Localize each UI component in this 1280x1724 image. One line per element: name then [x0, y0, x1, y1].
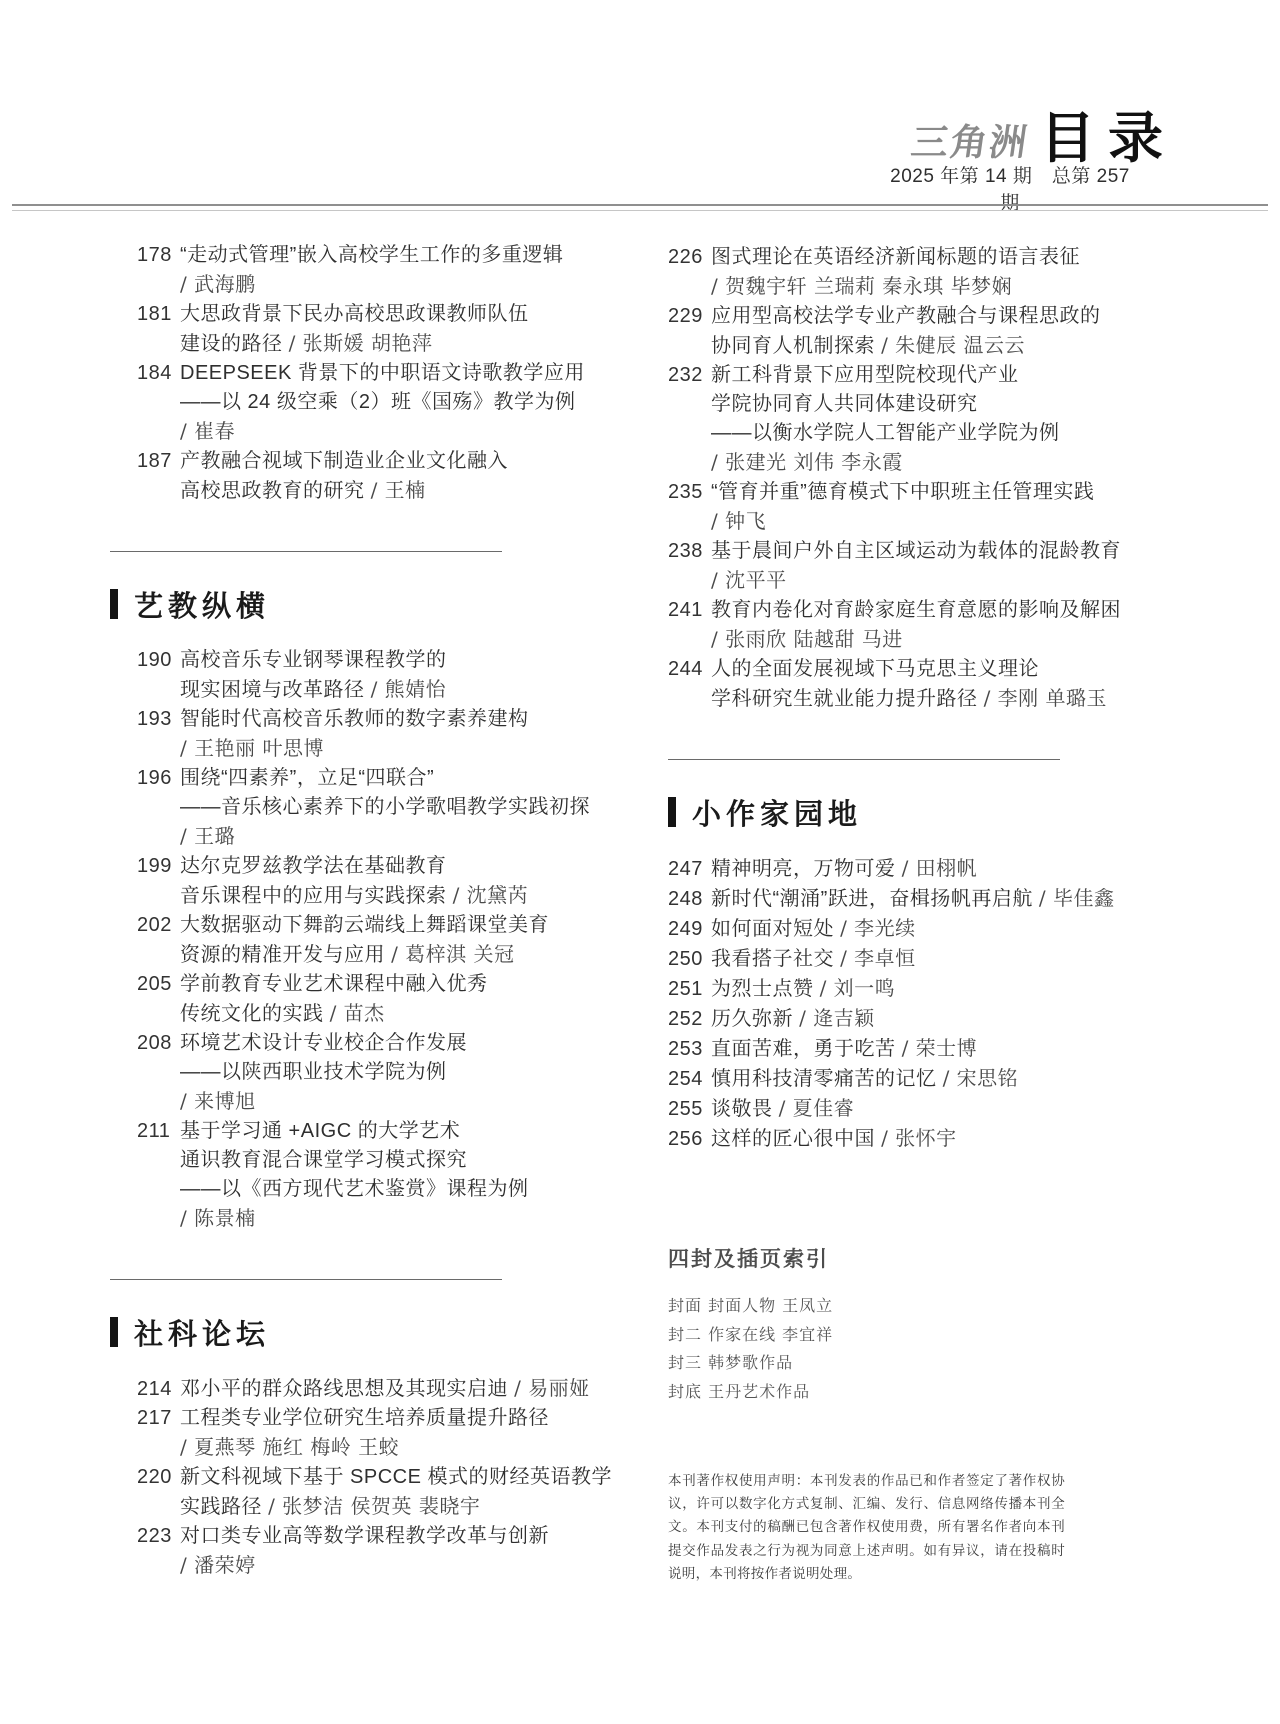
item-page-number: 255 [668, 1095, 711, 1124]
item-page-number: 251 [668, 975, 711, 1004]
item-page-number: 211 [137, 1117, 180, 1146]
item-page-number: 253 [668, 1035, 711, 1064]
header-rule-top [12, 204, 1268, 206]
item-authors: / 王艳丽 叶思博 [180, 736, 324, 760]
item-line: / 潘荣婷 [110, 1551, 550, 1581]
item-authors: / 潘荣婷 [180, 1553, 256, 1577]
item-page-number: 235 [668, 478, 711, 507]
toc-item: 208环境艺术设计专业校企合作发展——以陕西职业技术学院为例/ 来博旭 [110, 1029, 550, 1117]
item-title-text: 建设的路径 [180, 333, 289, 355]
toc-item: 238基于晨间户外自主区域运动为载体的混龄教育/ 沈平平 [668, 537, 1068, 596]
item-page-number: 220 [137, 1463, 180, 1492]
item-line: 建设的路径 / 张斯媛 胡艳萍 [110, 329, 550, 359]
item-authors: / 张雨欣 陆越甜 马进 [711, 627, 903, 651]
item-line: / 崔春 [110, 417, 550, 447]
item-authors: / 张梦洁 侯贺英 裴晓宇 [268, 1494, 480, 1518]
item-line: 250我看搭子社交 / 李卓恒 [668, 944, 1068, 974]
toc-left-column: 178“走动式管理”嵌入高校学生工作的多重逻辑/ 武海鹏181大思政背景下民办高… [110, 241, 550, 1581]
item-line: / 来博旭 [110, 1087, 550, 1117]
item-line: 通识教育混合课堂学习模式探究 [110, 1146, 550, 1175]
item-authors: / 王璐 [180, 824, 235, 848]
item-line: / 王璐 [110, 822, 550, 852]
toc-item: 214邓小平的群众路线思想及其现实启迪 / 易丽娅 [110, 1374, 550, 1404]
toc-item: 178“走动式管理”嵌入高校学生工作的多重逻辑/ 武海鹏 [110, 241, 550, 300]
item-line: 199达尔克罗兹教学法在基础教育 [110, 852, 550, 881]
item-title-text: 这样的匠心很中国 [711, 1128, 881, 1150]
item-title-text: 慎用科技清零痛苦的记忆 [711, 1068, 943, 1090]
item-page-number: 226 [668, 243, 711, 272]
item-line: / 王艳丽 叶思博 [110, 734, 550, 764]
item-title-text: 大思政背景下民办高校思政课教师队伍 [180, 303, 529, 325]
item-line: 211基于学习通 +AIGC 的大学艺术 [110, 1117, 550, 1146]
item-authors: / 易丽娅 [514, 1376, 590, 1400]
item-authors: / 来博旭 [180, 1089, 256, 1113]
section-label: 社科论坛 [134, 1312, 270, 1353]
item-title-text: 基于学习通 +AIGC 的大学艺术 [180, 1120, 460, 1142]
toc-item: 251为烈士点赞 / 刘一鸣 [668, 974, 1068, 1004]
toc-item: 250我看搭子社交 / 李卓恒 [668, 944, 1068, 974]
item-page-number: 232 [668, 361, 711, 390]
toc-item: 254慎用科技清零痛苦的记忆 / 宋思铭 [668, 1064, 1068, 1094]
item-title-text: 教育内卷化对育龄家庭生育意愿的影响及解困 [711, 599, 1121, 621]
item-title-text: 工程类专业学位研究生培养质量提升路径 [180, 1407, 549, 1429]
item-title-text: ——以《西方现代艺术鉴赏》课程为例 [180, 1178, 529, 1200]
item-page-number: 214 [137, 1375, 180, 1404]
item-line: / 钟飞 [668, 507, 1068, 537]
cover-index: 四封及插页索引封面 封面人物 王凤立封二 作家在线 李宜祥封三 韩梦歌作品封底 … [668, 1242, 1068, 1407]
section-bar-icon [668, 797, 676, 827]
item-line: 238基于晨间户外自主区域运动为载体的混龄教育 [668, 537, 1068, 566]
item-line: 249如何面对短处 / 李光续 [668, 914, 1068, 944]
toc-item: 211基于学习通 +AIGC 的大学艺术通识教育混合课堂学习模式探究——以《西方… [110, 1117, 550, 1234]
toc-item-group: 178“走动式管理”嵌入高校学生工作的多重逻辑/ 武海鹏181大思政背景下民办高… [110, 241, 550, 506]
item-page-number: 208 [137, 1029, 180, 1058]
cover-index-heading: 四封及插页索引 [668, 1242, 1068, 1276]
section-label: 小作家园地 [692, 792, 862, 833]
toc-item: 223对口类专业高等数学课程教学改革与创新/ 潘荣婷 [110, 1522, 550, 1581]
item-line: 244人的全面发展视域下马克思主义理论 [668, 655, 1068, 684]
toc-item: 253直面苦难，勇于吃苦 / 荣士博 [668, 1034, 1068, 1064]
item-page-number: 196 [137, 764, 180, 793]
item-title-text: 协同育人机制探索 [711, 335, 881, 357]
item-page-number: 247 [668, 855, 711, 884]
item-line: 协同育人机制探索 / 朱健辰 温云云 [668, 331, 1068, 361]
item-authors: / 逄吉颖 [799, 1006, 875, 1030]
item-title-text: 大数据驱动下舞韵云端线上舞蹈课堂美育 [180, 914, 549, 936]
item-line: 254慎用科技清零痛苦的记忆 / 宋思铭 [668, 1064, 1068, 1094]
toc-item: 226图式理论在英语经济新闻标题的语言表征/ 贺魏宇轩 兰瑞莉 秦永琪 毕梦娴 [668, 243, 1068, 302]
item-line: ——以《西方现代艺术鉴赏》课程为例 [110, 1175, 550, 1204]
item-authors: / 田栩帆 [902, 856, 978, 880]
item-title-text: 人的全面发展视域下马克思主义理论 [711, 658, 1039, 680]
item-title-text: DEEPSEEK 背景下的中职语文诗歌教学应用 [180, 362, 585, 384]
item-authors: / 张怀宇 [881, 1126, 957, 1150]
item-line: 190高校音乐专业钢琴课程教学的 [110, 646, 550, 675]
item-line: 229应用型高校法学专业产教融合与课程思政的 [668, 302, 1068, 331]
item-line: 196围绕“四素养”，立足“四联合” [110, 764, 550, 793]
item-line: 251为烈士点赞 / 刘一鸣 [668, 974, 1068, 1004]
cover-index-entry: 封三 韩梦歌作品 [668, 1349, 1068, 1378]
toc-item: 247精神明亮，万物可爱 / 田栩帆 [668, 854, 1068, 884]
toc-item: 229应用型高校法学专业产教融合与课程思政的协同育人机制探索 / 朱健辰 温云云 [668, 302, 1068, 361]
item-title-text: 实践路径 [180, 1496, 268, 1518]
toc-item: 202大数据驱动下舞韵云端线上舞蹈课堂美育资源的精准开发与应用 / 葛梓淇 关冠 [110, 911, 550, 970]
item-line: / 张建光 刘伟 李永霞 [668, 448, 1068, 478]
magazine-logo: 三角洲 [908, 112, 1033, 166]
item-page-number: 193 [137, 705, 180, 734]
item-authors: / 张斯媛 胡艳萍 [289, 331, 433, 355]
item-title-text: 学科研究生就业能力提升路径 [711, 688, 984, 710]
item-line: 实践路径 / 张梦洁 侯贺英 裴晓宇 [110, 1492, 550, 1522]
item-line: ——以 24 级空乘（2）班《国殇》教学为例 [110, 388, 550, 417]
item-title-text: 精神明亮，万物可爱 [711, 858, 902, 880]
toc-item: 187产教融合视域下制造业企业文化融入高校思政教育的研究 / 王楠 [110, 447, 550, 506]
item-authors: / 夏燕琴 施红 梅岭 王蛟 [180, 1435, 399, 1459]
item-title-text: 学院协同育人共同体建设研究 [711, 393, 978, 415]
item-line: / 陈景楠 [110, 1204, 550, 1234]
item-line: 208环境艺术设计专业校企合作发展 [110, 1029, 550, 1058]
item-authors: / 钟飞 [711, 509, 766, 533]
toc-page: 三角洲 目录 2025 年第 14 期 总第 257 期 178“走动式管理”嵌… [0, 0, 1280, 1724]
item-authors: / 葛梓淇 关冠 [391, 942, 514, 966]
toc-item: 235“管育并重”德育模式下中职班主任管理实践/ 钟飞 [668, 478, 1068, 537]
item-page-number: 217 [137, 1404, 180, 1433]
item-page-number: 223 [137, 1522, 180, 1551]
item-title-text: 围绕“四素养”，立足“四联合” [180, 767, 434, 789]
item-page-number: 256 [668, 1125, 711, 1154]
item-authors: / 沈平平 [711, 568, 787, 592]
item-authors: / 沈黛芮 [453, 883, 529, 907]
item-authors: / 李光续 [840, 916, 916, 940]
toc-item: 217工程类专业学位研究生培养质量提升路径/ 夏燕琴 施红 梅岭 王蛟 [110, 1404, 550, 1463]
item-title-text: 新文科视域下基于 SPCCE 模式的财经英语教学 [180, 1466, 612, 1488]
item-page-number: 187 [137, 447, 180, 476]
item-page-number: 178 [137, 241, 180, 270]
item-authors: / 贺魏宇轩 兰瑞莉 秦永琪 毕梦娴 [711, 274, 1012, 298]
item-authors: / 夏佳睿 [779, 1096, 855, 1120]
section-label: 艺教纵横 [134, 584, 270, 625]
item-title-text: 高校思政教育的研究 [180, 480, 371, 502]
item-page-number: 229 [668, 302, 711, 331]
item-line: 214邓小平的群众路线思想及其现实启迪 / 易丽娅 [110, 1374, 550, 1404]
toc-item: 196围绕“四素养”，立足“四联合”——音乐核心素养下的小学歌唱教学实践初探/ … [110, 764, 550, 852]
item-authors: / 李刚 单璐玉 [984, 686, 1107, 710]
toc-item: 248新时代“潮涌”跃进，奋楫扬帆再启航 / 毕佳鑫 [668, 884, 1068, 914]
toc-item: 232新工科背景下应用型院校现代产业学院协同育人共同体建设研究——以衡水学院人工… [668, 361, 1068, 478]
toc-item: 190高校音乐专业钢琴课程教学的现实困境与改革路径 / 熊婧怡 [110, 646, 550, 705]
item-title-text: ——以衡水学院人工智能产业学院为例 [711, 422, 1060, 444]
item-line: 226图式理论在英语经济新闻标题的语言表征 [668, 243, 1068, 272]
item-line: 248新时代“潮涌”跃进，奋楫扬帆再启航 / 毕佳鑫 [668, 884, 1068, 914]
item-title-text: 学前教育专业艺术课程中融入优秀 [180, 973, 488, 995]
toc-item: 255谈敬畏 / 夏佳睿 [668, 1094, 1068, 1124]
item-page-number: 190 [137, 646, 180, 675]
item-title-text: ——以陕西职业技术学院为例 [180, 1061, 447, 1083]
item-line: 252历久弥新 / 逄吉颖 [668, 1004, 1068, 1034]
item-page-number: 252 [668, 1005, 711, 1034]
cover-index-entry: 封面 封面人物 王凤立 [668, 1292, 1068, 1321]
toc-item: 256这样的匠心很中国 / 张怀宇 [668, 1124, 1068, 1154]
toc-item: 181大思政背景下民办高校思政课教师队伍建设的路径 / 张斯媛 胡艳萍 [110, 300, 550, 359]
item-title-text: 图式理论在英语经济新闻标题的语言表征 [711, 246, 1080, 268]
item-line: 学院协同育人共同体建设研究 [668, 390, 1068, 419]
item-title-text: “管育并重”德育模式下中职班主任管理实践 [711, 481, 1094, 503]
item-line: 178“走动式管理”嵌入高校学生工作的多重逻辑 [110, 241, 550, 270]
item-title-text: 邓小平的群众路线思想及其现实启迪 [180, 1378, 514, 1400]
item-line: 205学前教育专业艺术课程中融入优秀 [110, 970, 550, 999]
item-title-text: 新工科背景下应用型院校现代产业 [711, 364, 1019, 386]
item-title-text: 高校音乐专业钢琴课程教学的 [180, 649, 447, 671]
toc-item: 205学前教育专业艺术课程中融入优秀传统文化的实践 / 苗杰 [110, 970, 550, 1029]
item-title-text: ——音乐核心素养下的小学歌唱教学实践初探 [180, 796, 590, 818]
item-line: 193智能时代高校音乐教师的数字素养建构 [110, 705, 550, 734]
item-line: 241教育内卷化对育龄家庭生育意愿的影响及解困 [668, 596, 1068, 625]
item-title-text: 产教融合视域下制造业企业文化融入 [180, 450, 508, 472]
section-bar-icon [110, 1317, 118, 1347]
item-line: 高校思政教育的研究 / 王楠 [110, 476, 550, 506]
item-page-number: 184 [137, 359, 180, 388]
item-authors: / 熊婧怡 [371, 677, 447, 701]
item-title-text: 我看搭子社交 [711, 948, 840, 970]
item-page-number: 238 [668, 537, 711, 566]
item-line: 181大思政背景下民办高校思政课教师队伍 [110, 300, 550, 329]
item-authors: / 苗杰 [330, 1001, 385, 1025]
item-authors: / 张建光 刘伟 李永霞 [711, 450, 903, 474]
item-title-text: ——以 24 级空乘（2）班《国殇》教学为例 [180, 391, 575, 413]
item-title-text: 基于晨间户外自主区域运动为载体的混龄教育 [711, 540, 1121, 562]
issue-line: 2025 年第 14 期 总第 257 期 [880, 161, 1140, 215]
toc-item-group: 214邓小平的群众路线思想及其现实启迪 / 易丽娅217工程类专业学位研究生培养… [110, 1374, 550, 1581]
toc-right-column: 226图式理论在英语经济新闻标题的语言表征/ 贺魏宇轩 兰瑞莉 秦永琪 毕梦娴2… [668, 243, 1068, 1585]
item-line: 220新文科视域下基于 SPCCE 模式的财经英语教学 [110, 1463, 550, 1492]
toc-item: 184DEEPSEEK 背景下的中职语文诗歌教学应用——以 24 级空乘（2）班… [110, 359, 550, 447]
toc-item-group: 247精神明亮，万物可爱 / 田栩帆248新时代“潮涌”跃进，奋楫扬帆再启航 /… [668, 854, 1068, 1154]
column-divider [110, 1279, 502, 1280]
column-divider [668, 759, 1060, 760]
item-authors: / 武海鹏 [180, 272, 256, 296]
item-line: 255谈敬畏 / 夏佳睿 [668, 1094, 1068, 1124]
item-line: ——音乐核心素养下的小学歌唱教学实践初探 [110, 793, 550, 822]
item-line: 235“管育并重”德育模式下中职班主任管理实践 [668, 478, 1068, 507]
item-line: 学科研究生就业能力提升路径 / 李刚 单璐玉 [668, 684, 1068, 714]
item-authors: / 李卓恒 [840, 946, 916, 970]
item-title-text: 新时代“潮涌”跃进，奋楫扬帆再启航 [711, 888, 1039, 910]
item-title-text: 历久弥新 [711, 1008, 799, 1030]
item-line: 217工程类专业学位研究生培养质量提升路径 [110, 1404, 550, 1433]
item-line: 187产教融合视域下制造业企业文化融入 [110, 447, 550, 476]
item-authors: / 宋思铭 [943, 1066, 1019, 1090]
item-line: 247精神明亮，万物可爱 / 田栩帆 [668, 854, 1068, 884]
item-line: 232新工科背景下应用型院校现代产业 [668, 361, 1068, 390]
item-line: 传统文化的实践 / 苗杰 [110, 999, 550, 1029]
item-page-number: 181 [137, 300, 180, 329]
header-rule-bottom [12, 210, 1268, 211]
column-divider [110, 551, 502, 552]
cover-index-entry: 封二 作家在线 李宜祥 [668, 1321, 1068, 1350]
toc-item: 199达尔克罗兹教学法在基础教育音乐课程中的应用与实践探索 / 沈黛芮 [110, 852, 550, 911]
item-page-number: 248 [668, 885, 711, 914]
item-line: / 张雨欣 陆越甜 马进 [668, 625, 1068, 655]
cover-index-entries: 封面 封面人物 王凤立封二 作家在线 李宜祥封三 韩梦歌作品封底 王丹艺术作品 [668, 1292, 1068, 1407]
item-page-number: 254 [668, 1065, 711, 1094]
item-line: 音乐课程中的应用与实践探索 / 沈黛芮 [110, 881, 550, 911]
item-line: 223对口类专业高等数学课程教学改革与创新 [110, 1522, 550, 1551]
item-title-text: 现实困境与改革路径 [180, 679, 371, 701]
section-bar-icon [110, 589, 118, 619]
toc-item-group: 226图式理论在英语经济新闻标题的语言表征/ 贺魏宇轩 兰瑞莉 秦永琪 毕梦娴2… [668, 243, 1068, 714]
section-header: 小作家园地 [668, 792, 1068, 832]
item-title-text: 对口类专业高等数学课程教学改革与创新 [180, 1525, 549, 1547]
item-authors: / 荣士博 [902, 1036, 978, 1060]
item-page-number: 241 [668, 596, 711, 625]
item-line: 253直面苦难，勇于吃苦 / 荣士博 [668, 1034, 1068, 1064]
item-authors: / 刘一鸣 [820, 976, 896, 1000]
item-title-text: 应用型高校法学专业产教融合与课程思政的 [711, 305, 1101, 327]
item-title-text: 音乐课程中的应用与实践探索 [180, 885, 453, 907]
item-line: ——以陕西职业技术学院为例 [110, 1058, 550, 1087]
item-title-text: 达尔克罗兹教学法在基础教育 [180, 855, 447, 877]
toc-item: 252历久弥新 / 逄吉颖 [668, 1004, 1068, 1034]
item-line: / 武海鹏 [110, 270, 550, 300]
item-authors: / 毕佳鑫 [1039, 886, 1115, 910]
cover-index-entry: 封底 王丹艺术作品 [668, 1378, 1068, 1407]
item-line: ——以衡水学院人工智能产业学院为例 [668, 419, 1068, 448]
item-authors: / 朱健辰 温云云 [881, 333, 1025, 357]
toc-item: 241教育内卷化对育龄家庭生育意愿的影响及解困/ 张雨欣 陆越甜 马进 [668, 596, 1068, 655]
item-page-number: 205 [137, 970, 180, 999]
item-title-text: 如何面对短处 [711, 918, 840, 940]
item-title-text: 直面苦难，勇于吃苦 [711, 1038, 902, 1060]
toc-item-group: 190高校音乐专业钢琴课程教学的现实困境与改革路径 / 熊婧怡193智能时代高校… [110, 646, 550, 1234]
item-authors: / 陈景楠 [180, 1206, 256, 1230]
toc-item: 193智能时代高校音乐教师的数字素养建构/ 王艳丽 叶思博 [110, 705, 550, 764]
section-header: 社科论坛 [110, 1312, 550, 1352]
item-line: / 贺魏宇轩 兰瑞莉 秦永琪 毕梦娴 [668, 272, 1068, 302]
item-page-number: 244 [668, 655, 711, 684]
item-page-number: 249 [668, 915, 711, 944]
item-title-text: 谈敬畏 [711, 1098, 779, 1120]
item-title-text: 为烈士点赞 [711, 978, 820, 1000]
item-line: 202大数据驱动下舞韵云端线上舞蹈课堂美育 [110, 911, 550, 940]
item-page-number: 250 [668, 945, 711, 974]
item-title-text: 传统文化的实践 [180, 1003, 330, 1025]
section-header: 艺教纵横 [110, 584, 550, 624]
toc-item: 244人的全面发展视域下马克思主义理论学科研究生就业能力提升路径 / 李刚 单璐… [668, 655, 1068, 714]
item-title-text: 资源的精准开发与应用 [180, 944, 391, 966]
item-line: / 沈平平 [668, 566, 1068, 596]
item-line: 现实困境与改革路径 / 熊婧怡 [110, 675, 550, 705]
item-line: / 夏燕琴 施红 梅岭 王蛟 [110, 1433, 550, 1463]
toc-item: 220新文科视域下基于 SPCCE 模式的财经英语教学实践路径 / 张梦洁 侯贺… [110, 1463, 550, 1522]
item-title-text: 环境艺术设计专业校企合作发展 [180, 1032, 467, 1054]
item-authors: / 王楠 [371, 478, 426, 502]
item-title-text: “走动式管理”嵌入高校学生工作的多重逻辑 [180, 244, 563, 266]
item-line: 184DEEPSEEK 背景下的中职语文诗歌教学应用 [110, 359, 550, 388]
item-authors: / 崔春 [180, 419, 235, 443]
item-title-text: 通识教育混合课堂学习模式探究 [180, 1149, 467, 1171]
copyright-notice: 本刊著作权使用声明：本刊发表的作品已和作者签定了著作权协议，许可以数字化方式复制… [668, 1469, 1065, 1585]
item-line: 256这样的匠心很中国 / 张怀宇 [668, 1124, 1068, 1154]
item-title-text: 智能时代高校音乐教师的数字素养建构 [180, 708, 529, 730]
item-page-number: 199 [137, 852, 180, 881]
item-line: 资源的精准开发与应用 / 葛梓淇 关冠 [110, 940, 550, 970]
toc-item: 249如何面对短处 / 李光续 [668, 914, 1068, 944]
item-page-number: 202 [137, 911, 180, 940]
